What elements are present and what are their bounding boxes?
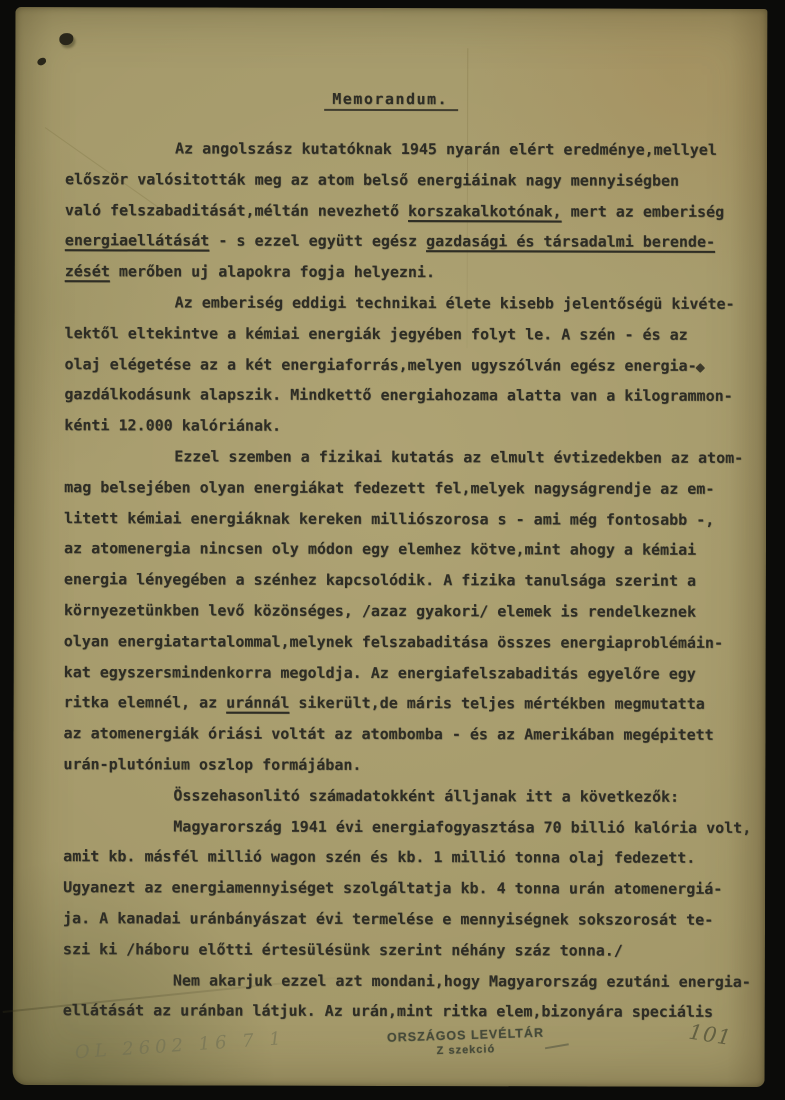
text-line: való felszabaditását,méltán nevezhető ko… — [65, 195, 759, 228]
text-line: először valósitották meg az atom belső e… — [65, 164, 759, 197]
text-segment: mert az emberiség — [562, 202, 725, 220]
text-line: olaj elégetése az a két energiaforrás,me… — [64, 349, 758, 382]
handwritten-archive-reference: OL 2602 16 7 1 — [74, 1025, 335, 1063]
text-segment: való felszabaditását,méltán nevezhető — [65, 201, 408, 220]
paper-sheet: Memorandum. Az angolszász kutatóknak 194… — [13, 7, 768, 1087]
text-line: Az angolszász kutatóknak 1945 nyarán elé… — [65, 133, 759, 166]
text-line: energiaellátását - s ezzel együtt egész … — [65, 226, 759, 259]
underlined-text: energiaellátását — [65, 232, 210, 250]
text-line: gazdálkodásunk alapszik. Mindkettő energ… — [64, 380, 758, 413]
text-line: mag belsejében olyan energiákat fedezett… — [64, 472, 758, 505]
text-line: az atomenergiák óriási voltát az atombom… — [63, 718, 757, 751]
text-line: olyan energiatartalommal,melynek felszab… — [64, 626, 758, 659]
text-line: környezetünkben levő közönséges, /azaz g… — [64, 595, 758, 628]
text-line: ja. A kanadai uránbányászat évi termelés… — [63, 903, 757, 936]
text-line: Nem akarjuk ezzel azt mondani,hogy Magya… — [63, 965, 757, 998]
text-line: Az emberiség eddigi technikai élete kise… — [65, 287, 759, 320]
text-segment: olaj elégetése az a két energiaforrás,me… — [64, 355, 696, 375]
text-segment: - s ezzel együtt egész — [209, 232, 426, 251]
text-line: kénti 12.000 kalóriának. — [64, 410, 758, 443]
text-line: Ugyanezt az energiamennyiséget szolgálta… — [63, 872, 757, 905]
text-line: zését merőben uj alapokra fogja helyezni… — [65, 256, 759, 289]
text-line: Összehasonlitó számadatokként álljanak i… — [63, 780, 757, 813]
text-line: Ezzel szemben a fizikai kutatás az elmul… — [64, 441, 758, 474]
text-line: kat egyszersmindenkorra megoldja. Az ene… — [64, 657, 758, 690]
ink-blot-icon — [59, 33, 73, 45]
page-title-text: Memorandum. — [324, 90, 458, 111]
text-line: amit kb. másfél millió wagon szén és kb.… — [63, 841, 757, 874]
underlined-text: gazdasági és társadalmi berende- — [426, 232, 715, 251]
text-segment: merőben uj alapokra fogja helyezni. — [110, 262, 435, 281]
text-line: ellátását az uránban látjuk. Az urán,min… — [63, 995, 757, 1028]
text-line: Magyarország 1941 évi energiafogyasztása… — [63, 811, 757, 844]
underlined-text: uránnál — [226, 694, 289, 712]
text-line: litett kémiai energiáknak kereken millió… — [64, 503, 758, 536]
text-segment: ritka elemnél, az — [64, 693, 227, 711]
text-line: szi ki /háboru előtti értesülésünk szeri… — [63, 934, 757, 967]
text-line: az atomenergia nincsen oly módon egy ele… — [64, 534, 758, 567]
text-segment: sikerült,de máris teljes mértékben megmu… — [289, 694, 704, 713]
document-body: Az angolszász kutatóknak 1945 nyarán elé… — [63, 133, 759, 1028]
text-line: urán-plutónium oszlop formájában. — [63, 749, 757, 782]
text-line: lektől eltekintve a kémiai energiák jegy… — [65, 318, 759, 351]
text-line: ritka elemnél, az uránnál sikerült,de má… — [64, 687, 758, 720]
ink-blot-icon — [36, 57, 47, 67]
scanned-document-page: { "doc": { "title": "Memorandum.", "p1":… — [0, 0, 785, 1100]
ink-smudge — [695, 363, 705, 373]
text-line: energia lényegében a szénhez kapcsolódik… — [64, 564, 758, 597]
archive-stamp: ORSZÁGOS LEVÉLTÁR Z szekció — [380, 1025, 551, 1058]
underlined-text: zését — [65, 262, 110, 280]
page-title: Memorandum. — [15, 89, 767, 109]
underlined-text: korszakalkotónak, — [408, 202, 562, 220]
